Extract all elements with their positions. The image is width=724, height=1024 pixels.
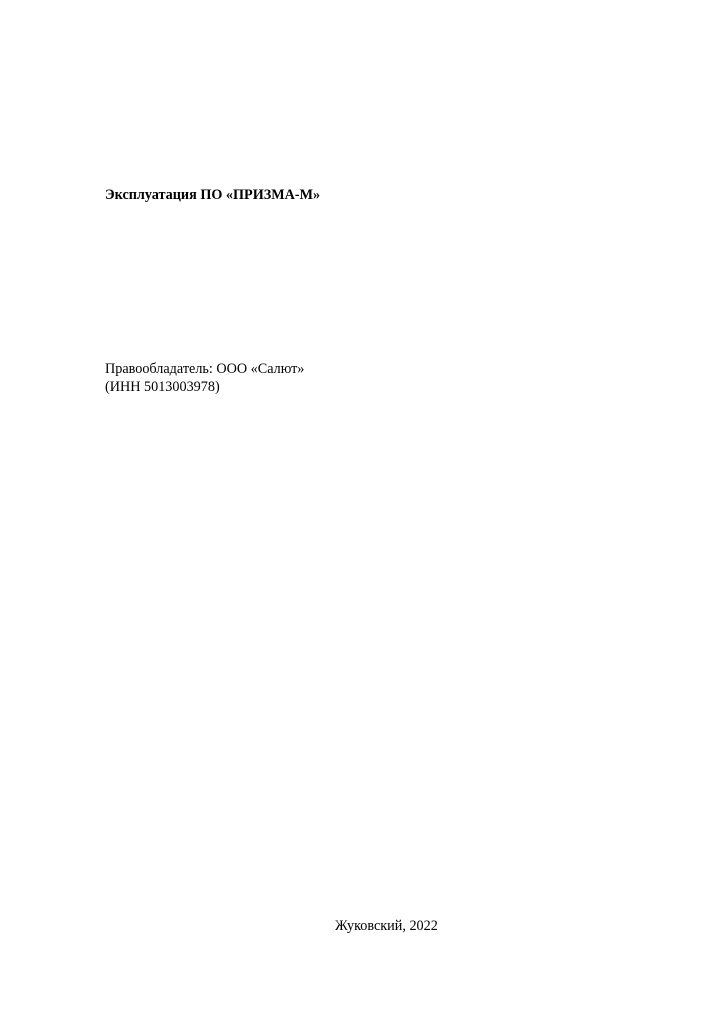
rights-holder-inn: (ИНН 5013003978) [105,378,304,396]
document-title: Эксплуатация ПО «ПРИЗМА-М» [105,186,320,204]
document-page: Эксплуатация ПО «ПРИЗМА-М» Правообладате… [0,0,724,1024]
rights-holder-block: Правообладатель: ООО «Салют» (ИНН 501300… [105,360,304,396]
place-and-year: Жуковский, 2022 [335,917,438,935]
rights-holder-name: Правообладатель: ООО «Салют» [105,360,304,378]
